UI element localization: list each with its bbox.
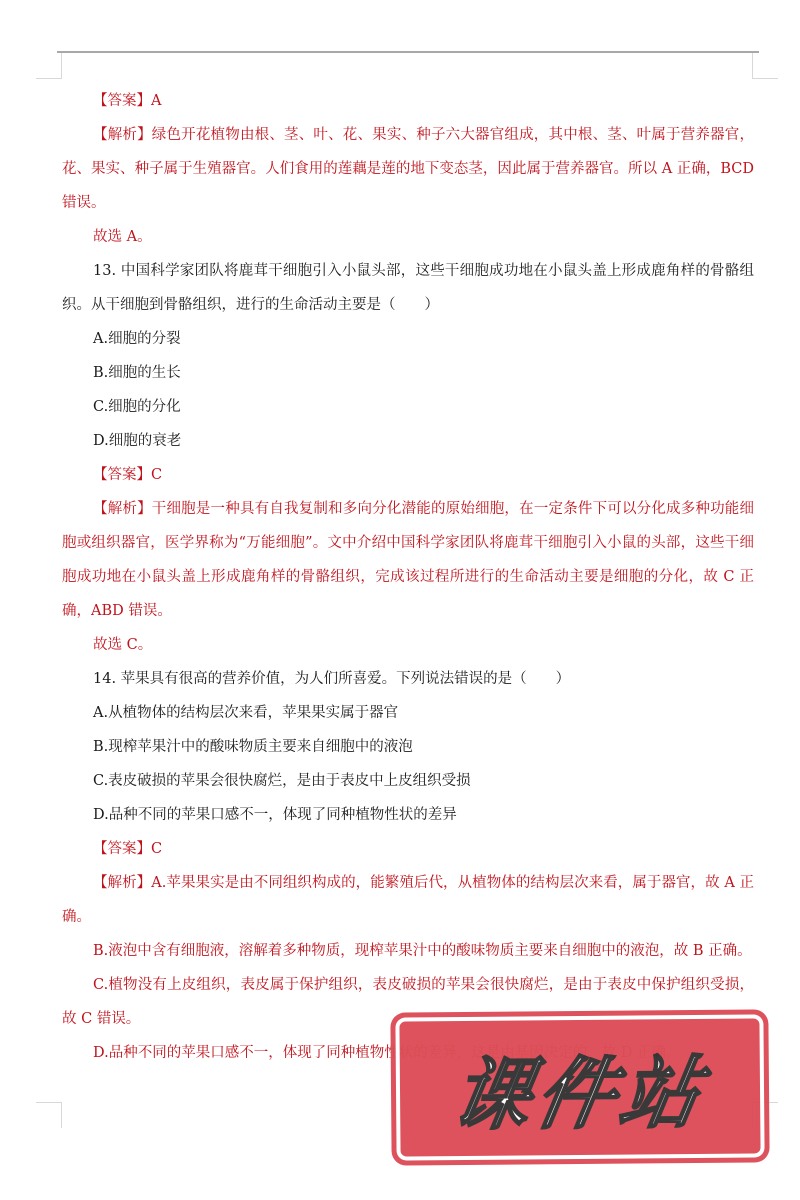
answer-tag: 【答案】 [93,467,151,483]
analysis-text: A.苹果果实是由不同组织构成的，能繁殖后代，从植物体的结构层次来看，属于器官，故… [62,875,754,925]
answer-value: C [151,467,162,483]
analysis-tag: 【解析】 [93,127,152,143]
page-corner-mark-top-right [752,53,778,79]
analysis-q14-a: 【解析】A.苹果果实是由不同组织构成的，能繁殖后代，从植物体的结构层次来看，属于… [62,866,754,934]
answer-line-q13: 【答案】C [62,458,754,492]
analysis-tag: 【解析】 [93,501,152,517]
analysis-q14-b: B.液泡中含有细胞液，溶解着多种物质，现榨苹果汁中的酸味物质主要来自细胞中的液泡… [62,934,754,968]
page-top-rule [57,51,759,53]
option-13-a: A.细胞的分裂 [62,322,754,356]
option-13-c: C.细胞的分化 [62,390,754,424]
option-14-d: D.品种不同的苹果口感不一，体现了同种植物性状的差异 [62,798,754,832]
answer-tag: 【答案】 [93,93,151,109]
analysis-q12: 【解析】绿色开花植物由根、茎、叶、花、果实、种子六大器官组成，其中根、茎、叶属于… [62,118,754,220]
answer-value: C [151,841,162,857]
question-text: 苹果具有很高的营养价值，为人们所喜爱。下列说法错误的是（ ） [121,671,571,687]
answer-line-q14: 【答案】C [62,832,754,866]
question-text: 中国科学家团队将鹿茸干细胞引入小鼠头部，这些干细胞成功地在小鼠头盖上形成鹿角样的… [62,263,754,313]
option-13-d: D.细胞的衰老 [62,424,754,458]
answer-tag: 【答案】 [93,841,151,857]
analysis-q13: 【解析】干细胞是一种具有自我复制和多向分化潜能的原始细胞，在一定条件下可以分化成… [62,492,754,628]
conclusion-q13: 故选 C。 [62,628,754,662]
question-number: 13. [93,263,116,279]
question-number: 14. [93,671,116,687]
analysis-text: 绿色开花植物由根、茎、叶、花、果实、种子六大器官组成，其中根、茎、叶属于营养器官… [62,127,754,211]
page-corner-mark-top-left [36,53,62,79]
analysis-tag: 【解析】 [93,875,151,891]
option-13-b: B.细胞的生长 [62,356,754,390]
option-14-c: C.表皮破损的苹果会很快腐烂，是由于表皮中上皮组织受损 [62,764,754,798]
question-14: 14. 苹果具有很高的营养价值，为人们所喜爱。下列说法错误的是（ ） [62,662,754,696]
watermark-stamp: 课件站 [399,1018,760,1156]
conclusion-q12: 故选 A。 [62,220,754,254]
option-14-b: B.现榨苹果汁中的酸味物质主要来自细胞中的液泡 [62,730,754,764]
option-14-a: A.从植物体的结构层次来看，苹果果实属于器官 [62,696,754,730]
page-corner-mark-bottom-left [36,1102,62,1128]
answer-value: A [151,93,161,109]
question-13: 13. 中国科学家团队将鹿茸干细胞引入小鼠头部，这些干细胞成功地在小鼠头盖上形成… [62,254,754,322]
document-body: 【答案】A 【解析】绿色开花植物由根、茎、叶、花、果实、种子六大器官组成，其中根… [62,84,754,1070]
analysis-text: 干细胞是一种具有自我复制和多向分化潜能的原始细胞，在一定条件下可以分化成多种功能… [62,501,754,619]
answer-line-q12: 【答案】A [62,84,754,118]
watermark-text: 课件站 [445,1030,716,1144]
